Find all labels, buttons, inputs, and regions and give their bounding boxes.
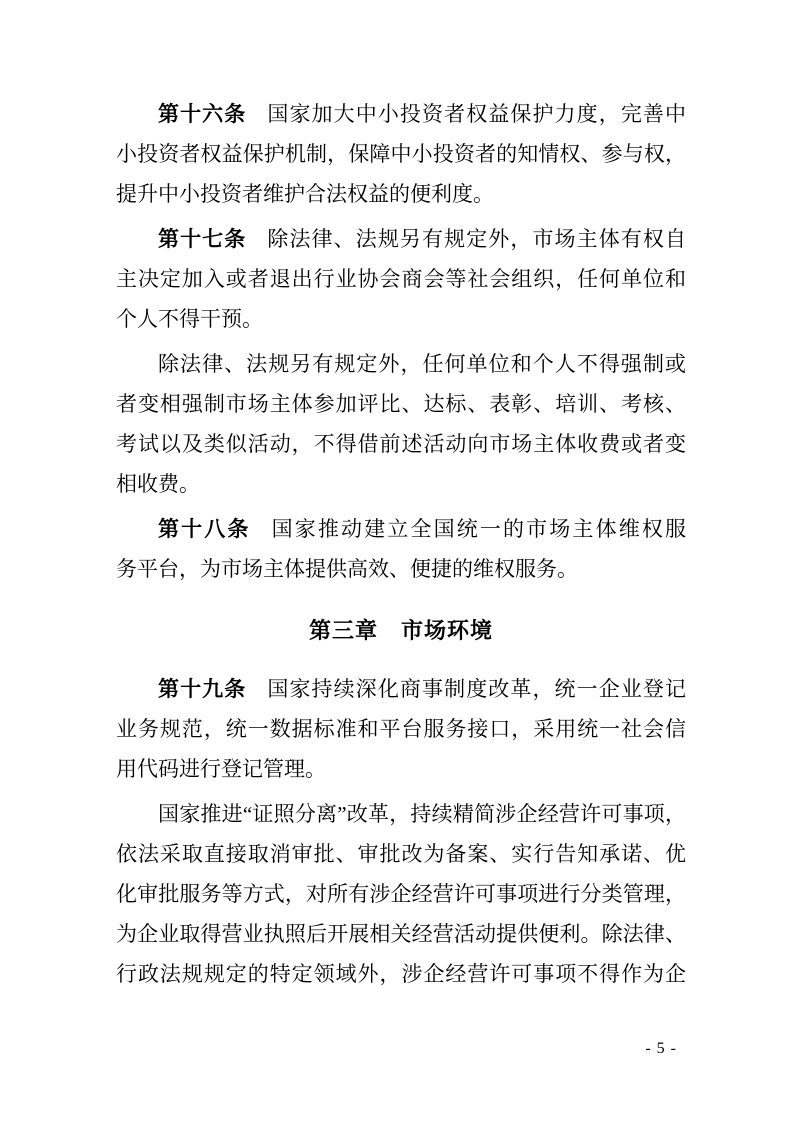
paragraph-article-19-clause-2: 国家推进“证照分离”改革，持续精简涉企经营许可事项， 依法采取直接取消审批、审批… <box>116 794 686 994</box>
text-line: 考试以及类似活动，不得借前述活动向市场主体收费或者变 <box>116 424 686 464</box>
document-body: 第十六条国家加大中小投资者权益保护力度，完善中 小投资者权益保护机制，保障中小投… <box>116 94 686 994</box>
text-line: 相收费。 <box>116 464 686 504</box>
article-16-label: 第十六条 <box>158 102 246 126</box>
text-line: 化审批服务等方式，对所有涉企经营许可事项进行分类管理， <box>116 874 686 914</box>
text-line: 行政法规规定的特定领域外，涉企经营许可事项不得作为企 <box>116 954 686 994</box>
text-line-content: 国家推动建立全国统一的市场主体维权服 <box>272 517 686 541</box>
text-line: 为企业取得营业执照后开展相关经营活动提供便利。除法律、 <box>116 914 686 954</box>
text-line: 业务规范，统一数据标准和平台服务接口，采用统一社会信 <box>116 709 686 749</box>
text-line: 者变相强制市场主体参加评比、达标、表彰、培训、考核、 <box>116 384 686 424</box>
article-19-label: 第十九条 <box>158 677 246 701</box>
text-line: 提升中小投资者维护合法权益的便利度。 <box>116 174 686 214</box>
text-line-content: 国家加大中小投资者权益保护力度，完善中 <box>267 102 686 126</box>
text-line-content: 国家持续深化商事制度改革，统一企业登记 <box>267 677 686 701</box>
text-line: 主决定加入或者退出行业协会商会等社会组织，任何单位和 <box>116 259 686 299</box>
chapter-heading: 第三章 市场环境 <box>116 611 686 651</box>
text-line: 务平台，为市场主体提供高效、便捷的维权服务。 <box>116 549 686 589</box>
text-line: 用代码进行登记管理。 <box>116 749 686 789</box>
article-17-label: 第十七条 <box>158 227 246 251</box>
text-line: 除法律、法规另有规定外，任何单位和个人不得强制或 <box>116 344 686 384</box>
paragraph-article-16: 第十六条国家加大中小投资者权益保护力度，完善中 小投资者权益保护机制，保障中小投… <box>116 94 686 214</box>
text-line: 小投资者权益保护机制，保障中小投资者的知情权、参与权， <box>116 134 686 174</box>
article-18-label: 第十八条 <box>158 517 251 541</box>
text-line: 第十七条除法律、法规另有规定外，市场主体有权自 <box>116 219 686 259</box>
paragraph-article-17: 第十七条除法律、法规另有规定外，市场主体有权自 主决定加入或者退出行业协会商会等… <box>116 219 686 339</box>
paragraph-article-19: 第十九条国家持续深化商事制度改革，统一企业登记 业务规范，统一数据标准和平台服务… <box>116 669 686 789</box>
text-line: 第十八条国家推动建立全国统一的市场主体维权服 <box>116 509 686 549</box>
text-line: 第十六条国家加大中小投资者权益保护力度，完善中 <box>116 94 686 134</box>
text-line: 依法采取直接取消审批、审批改为备案、实行告知承诺、优 <box>116 834 686 874</box>
page-number: - 5 - <box>645 1038 677 1060</box>
paragraph-article-18: 第十八条国家推动建立全国统一的市场主体维权服 务平台，为市场主体提供高效、便捷的… <box>116 509 686 589</box>
paragraph-article-17-clause-2: 除法律、法规另有规定外，任何单位和个人不得强制或 者变相强制市场主体参加评比、达… <box>116 344 686 504</box>
document-page: 第十六条国家加大中小投资者权益保护力度，完善中 小投资者权益保护机制，保障中小投… <box>0 0 793 1122</box>
text-line: 第十九条国家持续深化商事制度改革，统一企业登记 <box>116 669 686 709</box>
text-line-content: 除法律、法规另有规定外，市场主体有权自 <box>267 227 686 251</box>
text-line: 国家推进“证照分离”改革，持续精简涉企经营许可事项， <box>116 794 686 834</box>
text-line: 个人不得干预。 <box>116 299 686 339</box>
